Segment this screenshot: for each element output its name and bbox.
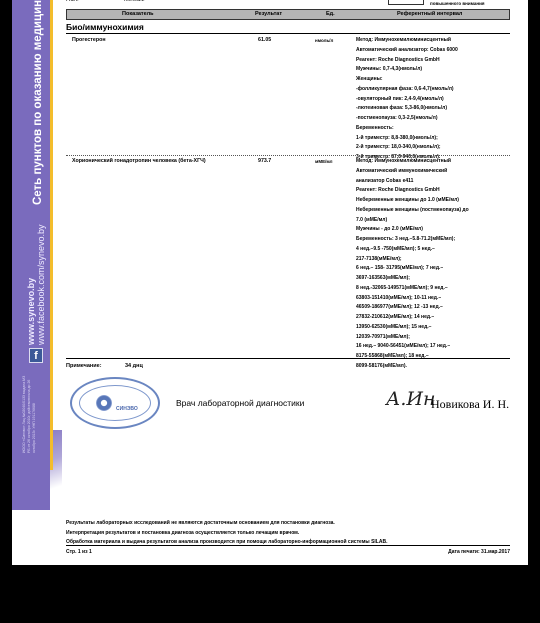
sex-value: Женский xyxy=(124,0,144,3)
legend-box xyxy=(388,0,424,5)
note-value: 34 днц xyxy=(125,363,143,369)
row1-name: Прогестерон xyxy=(72,36,106,46)
legal-license-text: ИООО «Синэво» Лиц.№02040/0133 выдана МЗ … xyxy=(22,373,37,453)
sidebar-fade xyxy=(12,430,62,510)
note-label: Примечание: xyxy=(66,363,102,369)
yellow-stripe xyxy=(50,0,53,470)
reference-line: 46509-186977(мМЕ/мл); 12 -13 нед.– xyxy=(356,303,501,313)
reference-line: 6 нед.– 158- 31795(мМЕ/мл); 7 нед.– xyxy=(356,264,501,274)
reference-line: 27832-210612(мМЕ/мл); 14 нед.– xyxy=(356,313,501,323)
lab-report-page: Сеть пунктов по оказанию медицинских усл… xyxy=(12,0,528,565)
reference-line: 4 нед.–9.5 -750(мМЕ/мл); 5 нед.– xyxy=(356,245,501,255)
reference-line: Мужчины - до 2.0 (мМЕ/мл) xyxy=(356,225,501,235)
row1-reference: Метод: ИммунохемилюминисцентныйАвтоматич… xyxy=(356,36,501,163)
reference-line: Автоматический иммунохимический xyxy=(356,167,501,177)
reference-line: Метод: Иммунохемилюминисцентный xyxy=(356,157,501,167)
row2-reference: Метод: ИммунохемилюминисцентныйАвтоматич… xyxy=(356,157,501,372)
sidebar-slogan: Сеть пунктов по оказанию медицинских усл… xyxy=(32,0,44,205)
doctor-title: Врач лабораторной диагностики xyxy=(176,398,304,408)
facebook-link[interactable]: www.facebook.com/synevo.by xyxy=(36,224,46,345)
reference-line: -овуляторный пик: 2,4-9,4(нмоль/л) xyxy=(356,95,501,105)
row2-name: Хорионический гонадотропин человека (бет… xyxy=(72,157,242,167)
table-header: Показатель Результат Ед. Референтный инт… xyxy=(66,9,510,20)
reference-line: 1-й триместр: 8,8-380,0(нмоль/л); xyxy=(356,134,501,144)
reference-line: 3697-163563(мМЕ/мл); xyxy=(356,274,501,284)
reference-line: -лютеиновая фаза: 5,3-86,0(нмоль/л) xyxy=(356,104,501,114)
reference-line: Автоматический анализатор: Cobas 6000 xyxy=(356,46,501,56)
row1-result: 61.05 xyxy=(258,36,271,46)
disclaimer-3: Обработка материала и выдача результатов… xyxy=(66,539,510,546)
reference-line: 8099-58176(мМЕ/мл). xyxy=(356,362,501,372)
stamp-text: СИНЭВО xyxy=(116,406,138,412)
reference-line: Метод: Иммунохемилюминисцентный xyxy=(356,36,501,46)
print-date: Дата печати: 31.мар.2017 xyxy=(448,549,510,555)
doctor-name: Новикова И. Н. xyxy=(431,397,509,412)
reference-line: 63803-151410(мМЕ/мл); 10-11 нед.– xyxy=(356,294,501,304)
section-rule xyxy=(66,33,510,34)
disclaimer-2: Интерпретация результатов и постановка д… xyxy=(66,530,299,536)
stamp-flower-icon xyxy=(96,395,112,411)
signature-scribble: А.Ин xyxy=(386,388,436,410)
legend-note: повышенного внимания xyxy=(430,1,484,6)
reference-line: 16 нед.– 9040-56451(мМЕ/мл); 17 нед.– xyxy=(356,342,501,352)
reference-line: Реагент: Roche Diagnostics GmbH xyxy=(356,186,501,196)
facebook-icon: f xyxy=(29,348,43,363)
row2-result: 973.7 xyxy=(258,157,271,167)
reference-line: 217-7138(мМЕ/мл); xyxy=(356,255,501,265)
reference-line: Беременность: xyxy=(356,124,501,134)
col-result: Результат xyxy=(255,11,282,17)
row-divider xyxy=(66,155,510,156)
reference-line: 7.0 (мМЕ/мл) xyxy=(356,216,501,226)
col-unit: Ед. xyxy=(326,11,335,17)
section-title: Био/иммунохимия xyxy=(66,22,144,32)
reference-line: Небеременные женщины до 1.0 (мМЕ/мл) xyxy=(356,196,501,206)
reference-line: Беременность: 3 нед.–5.8-71.2(мМЕ/мл); xyxy=(356,235,501,245)
sex-label: Пол: xyxy=(66,0,79,3)
reference-line: 12039-70971(мМЕ/мл); xyxy=(356,333,501,343)
row2-unit: мМЕ/мл xyxy=(315,157,333,167)
page-number: Стр. 1 из 1 xyxy=(66,549,92,555)
reference-line: -постменопауза: 0,3-2,5(нмоль/л) xyxy=(356,114,501,124)
reference-line: 8 нед.-32065-149571(мМЕ/мл); 9 нед.– xyxy=(356,284,501,294)
disclaimer-1: Результаты лабораторных исследований не … xyxy=(66,520,335,526)
reference-line: -фолликулярная фаза: 0,6-4,7(нмоль/л) xyxy=(356,85,501,95)
reference-line: 13950-62530(мМЕ/мл); 15 нед.– xyxy=(356,323,501,333)
reference-line: Реагент: Roche Diagnostics GmbH xyxy=(356,56,501,66)
table-end-rule xyxy=(66,358,510,359)
stamp-seal-icon: СИНЭВО xyxy=(70,377,160,429)
col-indicator: Показатель xyxy=(122,11,154,17)
row1-unit: нмоль/л xyxy=(315,36,333,46)
col-reference: Референтный интервал xyxy=(397,11,462,17)
reference-line: анализатор Cobas e411 xyxy=(356,177,501,187)
reference-line: Небеременные женщины (постменопауза) до xyxy=(356,206,501,216)
website-link[interactable]: www.synevo.by xyxy=(26,278,36,345)
reference-line: 8175-55868(мМЕ/мл); 18 нед.– xyxy=(356,352,501,362)
reference-line: Мужчины: 0,7-4,3(нмоль/л) xyxy=(356,65,501,75)
reference-line: 2-й триместр: 18,0-340,0(нмоль/л); xyxy=(356,143,501,153)
reference-line: Женщины: xyxy=(356,75,501,85)
